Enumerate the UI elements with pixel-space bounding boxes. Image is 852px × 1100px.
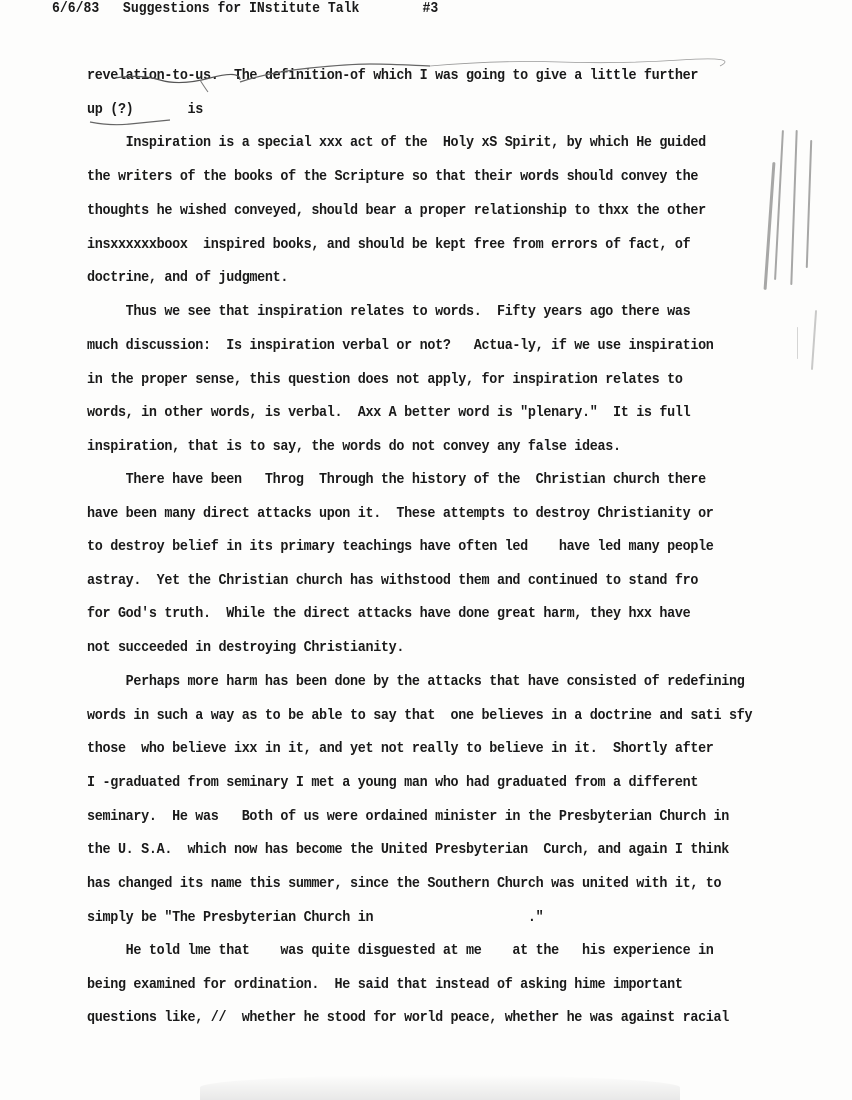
margin-pencil-mark [806,140,812,268]
text-line-3: Inspiration is a special xxx act of the … [87,134,706,152]
text-line-25: has changed its name this summer, since … [87,875,721,893]
text-line-1: revelation-to-us. The definition-of whic… [87,67,698,85]
text-line-7: doctrine, and of judgment. [87,269,288,287]
text-line-20: words in such a way as to be able to say… [87,707,752,725]
text-line-11: words, in other words, is verbal. Axx A … [87,404,690,422]
text-line-2: up (?) is [87,101,203,119]
text-line-29: questions like, // whether he stood for … [87,1009,729,1027]
text-line-19: Perhaps more harm has been done by the a… [87,673,744,691]
margin-pencil-mark [797,327,798,359]
text-line-18: not succeeded in destroying Christianity… [87,639,404,657]
text-line-9: much discussion: Is inspiration verbal o… [87,337,714,355]
text-line-13: There have been Throg Through the histor… [87,471,706,489]
margin-pencil-mark [790,130,797,285]
text-line-14: have been many direct attacks upon it. T… [87,505,714,523]
page-header: 6/6/83 Suggestions for INstitute Talk #3 [52,0,438,18]
text-line-16: astray. Yet the Christian church has wit… [87,572,698,590]
text-line-22: I -graduated from seminary I met a young… [87,774,698,792]
text-line-27: He told lme that was quite disguested at… [87,942,714,960]
text-line-10: in the proper sense, this question does … [87,371,683,389]
text-line-21: those who believe ixx in it, and yet not… [87,740,714,758]
text-line-4: the writers of the books of the Scriptur… [87,168,698,186]
text-line-8: Thus we see that inspiration relates to … [87,303,690,321]
margin-pencil-mark [774,130,784,280]
document-page: 6/6/83 Suggestions for INstitute Talk #3… [0,0,852,1100]
text-line-23: seminary. He was Both of us were ordaine… [87,808,729,826]
text-line-28: being examined for ordination. He said t… [87,976,683,994]
text-line-6: insxxxxxxboox inspired books, and should… [87,236,690,254]
scan-smudge [200,1075,680,1100]
text-line-12: inspiration, that is to say, the words d… [87,438,621,456]
text-line-26: simply be "The Presbyterian Church in ." [87,909,543,927]
text-line-24: the U. S.A. which now has become the Uni… [87,841,729,859]
text-line-5: thoughts he wished conveyed, should bear… [87,202,706,220]
text-line-15: to destroy belief in its primary teachin… [87,538,714,556]
text-line-17: for God's truth. While the direct attack… [87,605,690,623]
margin-pencil-mark [811,310,817,370]
